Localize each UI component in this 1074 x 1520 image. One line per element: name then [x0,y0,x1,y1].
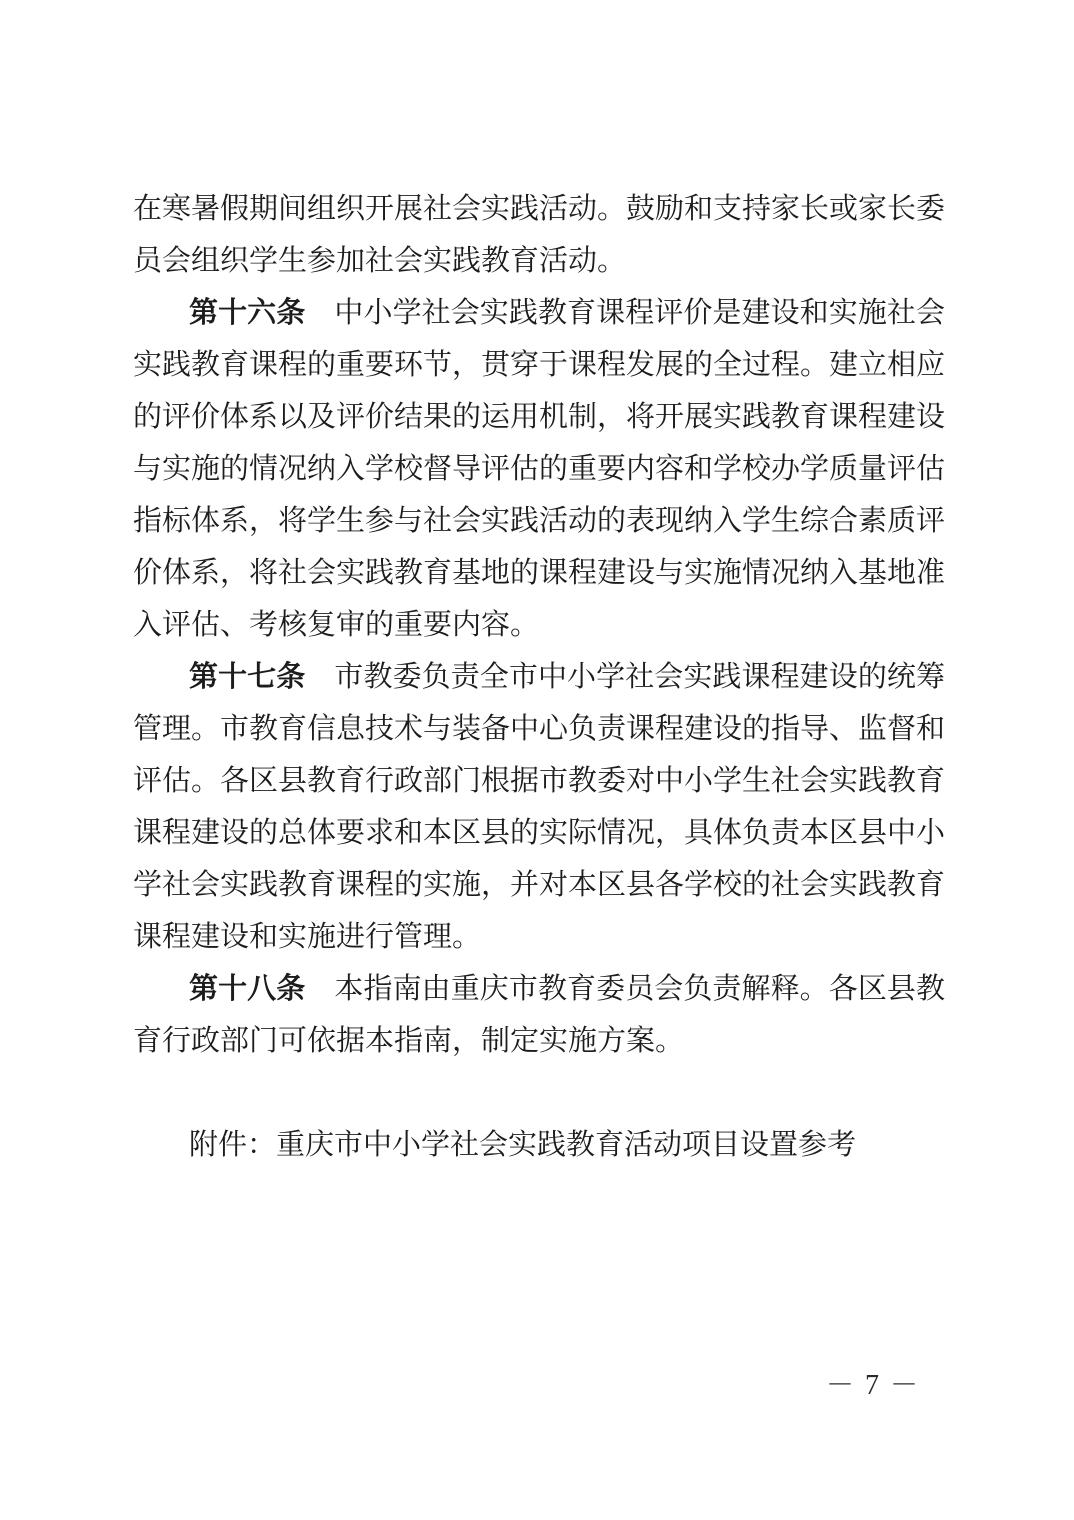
line-text: 课程建设的总体要求和本区县的实际情况，具体负责本区县中小 [133,817,945,849]
document-text-block: 在寒暑假期间组织开展社会实践活动。鼓励和支持家长或家长委 员会组织学生参加社会实… [133,183,945,1171]
line-text: 课程建设和实施进行管理。 [133,921,481,953]
text-line: 实践教育课程的重要环节，贯穿于课程发展的全过程。建立相应 [133,339,945,391]
line-text: 附件：重庆市中小学社会实践教育活动项目设置参考 [189,1129,856,1161]
page-number: － 7 － [0,1360,920,1412]
line-text: 本指南由重庆市教育委员会负责解释。各区县教 [305,973,945,1005]
text-line: 指标体系，将学生参与社会实践活动的表现纳入学生综合素质评 [133,495,945,547]
text-line: 在寒暑假期间组织开展社会实践活动。鼓励和支持家长或家长委 [133,183,945,235]
line-text: 价体系，将社会实践教育基地的课程建设与实施情况纳入基地准 [133,557,945,589]
text-line: 入评估、考核复审的重要内容。 [133,599,945,651]
line-text: 管理。市教育信息技术与装备中心负责课程建设的指导、监督和 [133,713,945,745]
line-text: 与实施的情况纳入学校督导评估的重要内容和学校办学质量评估 [133,453,945,485]
article-number-bold: 第十七条 [189,661,305,693]
line-text: 实践教育课程的重要环节，贯穿于课程发展的全过程。建立相应 [133,349,945,381]
text-line: 员会组织学生参加社会实践教育活动。 [133,235,945,287]
text-line: 与实施的情况纳入学校督导评估的重要内容和学校办学质量评估 [133,443,945,495]
text-line: 课程建设的总体要求和本区县的实际情况，具体负责本区县中小 [133,807,945,859]
line-text: 评估。各区县教育行政部门根据市教委对中小学生社会实践教育 [133,765,945,797]
text-line: 管理。市教育信息技术与装备中心负责课程建设的指导、监督和 [133,703,945,755]
document-page: { "content": { "lines": [ { "bold": "", … [0,0,1074,1520]
article-16-heading-line: 第十六条 中小学社会实践教育课程评价是建设和实施社会 [133,287,945,339]
line-text: 育行政部门可依据本指南，制定实施方案。 [133,1025,684,1057]
text-line: 评估。各区县教育行政部门根据市教委对中小学生社会实践教育 [133,755,945,807]
line-text: 中小学社会实践教育课程评价是建设和实施社会 [305,297,945,329]
text-line: 的评价体系以及评价结果的运用机制，将开展实践教育课程建设 [133,391,945,443]
line-text: 市教委负责全市中小学社会实践课程建设的统筹 [305,661,945,693]
text-line: 价体系，将社会实践教育基地的课程建设与实施情况纳入基地准 [133,547,945,599]
text-line: 课程建设和实施进行管理。 [133,911,945,963]
article-number-bold: 第十六条 [189,297,305,329]
line-text: 在寒暑假期间组织开展社会实践活动。鼓励和支持家长或家长委 [133,193,945,225]
text-line: 学社会实践教育课程的实施，并对本区县各学校的社会实践教育 [133,859,945,911]
attachment-line: 附件：重庆市中小学社会实践教育活动项目设置参考 [133,1119,945,1171]
line-text: 入评估、考核复审的重要内容。 [133,609,539,641]
article-number-bold: 第十八条 [189,973,305,1005]
line-text: 学社会实践教育课程的实施，并对本区县各学校的社会实践教育 [133,869,945,901]
article-17-heading-line: 第十七条 市教委负责全市中小学社会实践课程建设的统筹 [133,651,945,703]
line-text: 员会组织学生参加社会实践教育活动。 [133,245,626,277]
line-text: 指标体系，将学生参与社会实践活动的表现纳入学生综合素质评 [133,505,945,537]
line-text: 的评价体系以及评价结果的运用机制，将开展实践教育课程建设 [133,401,945,433]
article-18-heading-line: 第十八条 本指南由重庆市教育委员会负责解释。各区县教 [133,963,945,1015]
text-line: 育行政部门可依据本指南，制定实施方案。 [133,1015,945,1067]
